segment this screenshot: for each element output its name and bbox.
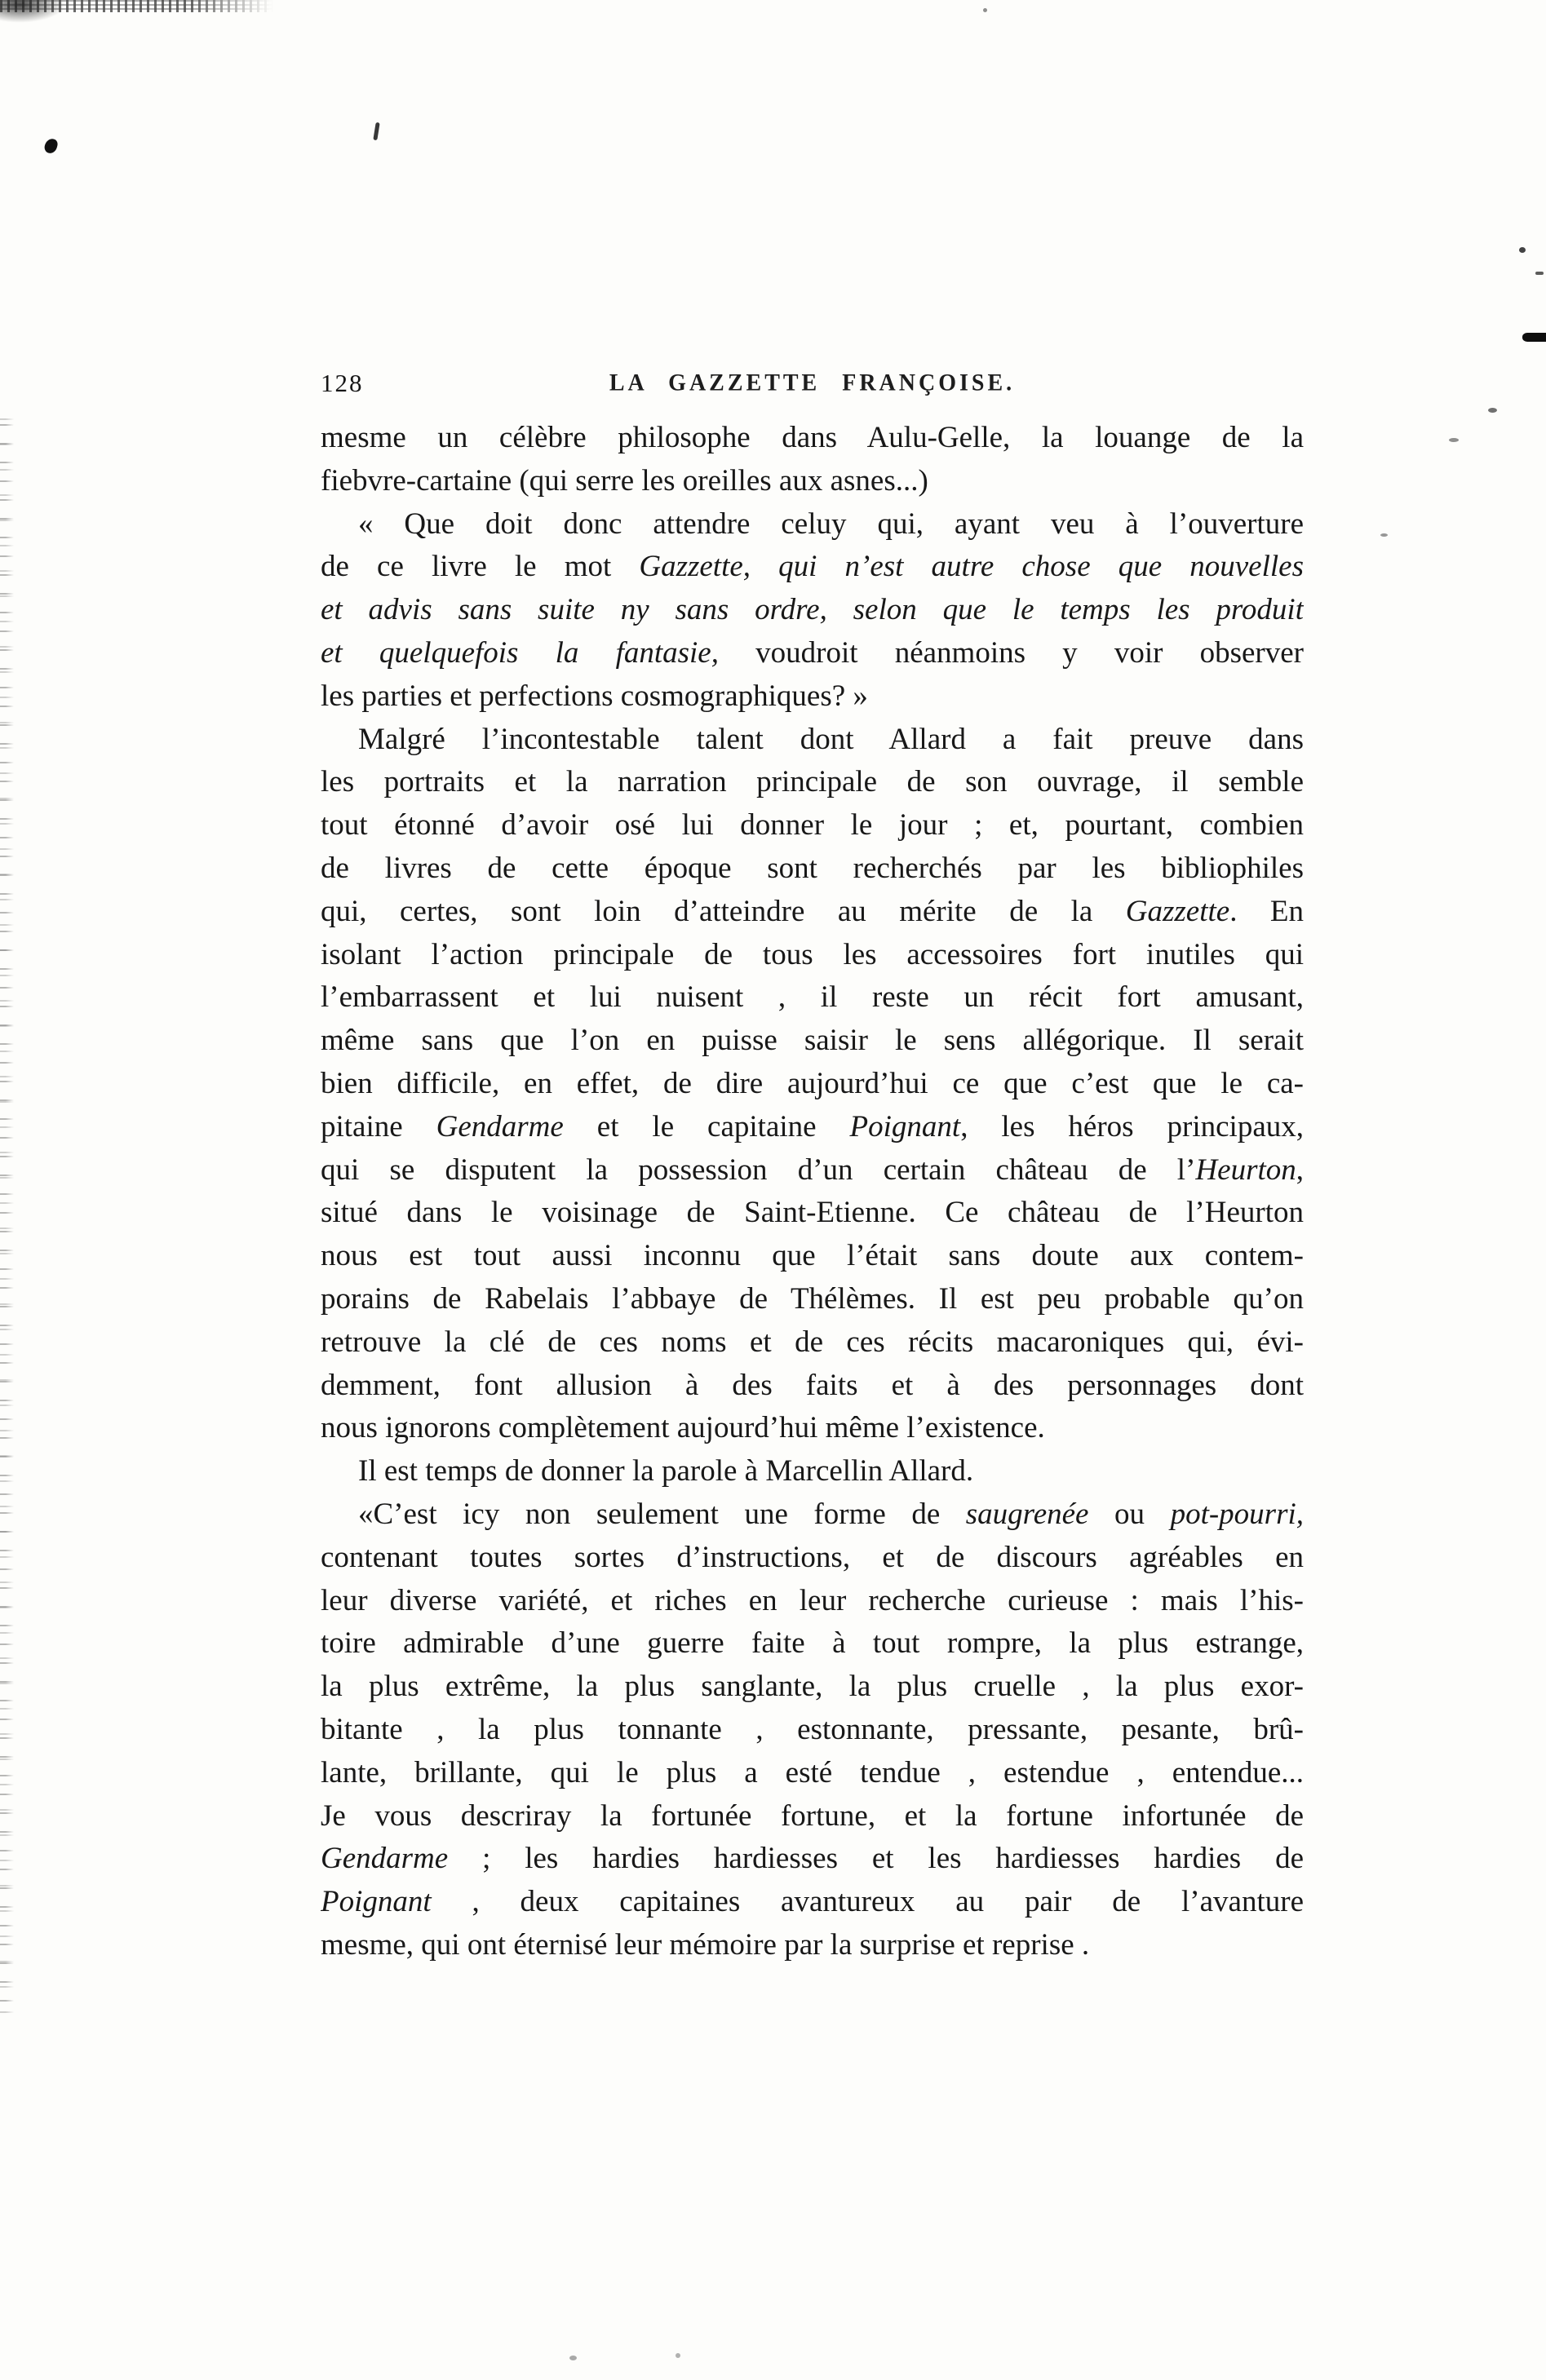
text-segment: voudroit néanmoins y voir observer xyxy=(719,636,1304,670)
text-line: retrouve la clé de ces noms et de ces ré… xyxy=(321,1321,1304,1365)
scan-artifact-speck xyxy=(1488,408,1497,413)
text-segment: nous ignorons complètement aujourd’hui m… xyxy=(321,1411,1045,1444)
text-line: de ce livre le mot Gazzette, qui n’est a… xyxy=(321,546,1304,589)
text-line: nous ignorons complètement aujourd’hui m… xyxy=(321,1407,1304,1450)
text-segment-italic: Poignant xyxy=(321,1885,432,1918)
text-segment: tout étonné d’avoir osé lui donner le jo… xyxy=(321,808,1304,842)
text-line: contenant toutes sortes d’instructions, … xyxy=(321,1537,1304,1580)
scan-artifact-speck xyxy=(983,8,987,12)
page-body: mesme un célèbre philosophe dans Aulu-Ge… xyxy=(321,417,1304,1967)
text-segment: demment, font allusion à des faits et à … xyxy=(321,1369,1304,1402)
text-segment: la plus extrême, la plus sanglante, la p… xyxy=(321,1670,1304,1703)
text-line: Gendarme ; les hardies hardiesses et les… xyxy=(321,1838,1304,1881)
scan-artifact-corner-smudge xyxy=(0,0,65,23)
text-line: « Que doit donc attendre celuy qui, ayan… xyxy=(321,503,1304,546)
text-line: pitaine Gendarme et le capitaine Poignan… xyxy=(321,1106,1304,1149)
text-segment: même sans que l’on en puisse saisir le s… xyxy=(321,1024,1304,1057)
text-segment-italic: pot-pourri, xyxy=(1171,1497,1304,1531)
text-line: tout étonné d’avoir osé lui donner le jo… xyxy=(321,804,1304,847)
text-line: nous est tout aussi inconnu que l’était … xyxy=(321,1235,1304,1278)
text-line: leur diverse variété, et riches en leur … xyxy=(321,1580,1304,1623)
text-line: l’embarrassent et lui nuisent , il reste… xyxy=(321,976,1304,1020)
text-line: la plus extrême, la plus sanglante, la p… xyxy=(321,1666,1304,1709)
running-title: LA GAZZETTE FRANÇOISE. xyxy=(321,369,1304,397)
text-segment-italic: Gazzette, qui n’est autre chose que nouv… xyxy=(639,550,1304,583)
text-segment: lante, brillante, qui le plus a esté ten… xyxy=(321,1756,1304,1789)
text-line: les parties et perfections cosmographiqu… xyxy=(321,675,1304,719)
scan-artifact-left-edge-noise xyxy=(0,414,14,2013)
text-segment: bitante , la plus tonnante , estonnante,… xyxy=(321,1713,1304,1746)
text-line: porains de Rabelais l’abbaye de Thélèmes… xyxy=(321,1278,1304,1321)
text-segment: isolant l’action principale de tous les … xyxy=(321,938,1304,971)
text-segment-italic: et advis sans suite ny sans ordre, selon… xyxy=(321,593,1304,626)
text-segment: , deux capitaines avantureux au pair de … xyxy=(432,1885,1304,1918)
text-line: «C’est icy non seulement une forme de sa… xyxy=(321,1493,1304,1537)
text-segment: . En xyxy=(1229,895,1304,928)
text-line: Il est temps de donner la parole à Marce… xyxy=(321,1450,1304,1493)
text-line: mesme, qui ont éternisé leur mémoire par… xyxy=(321,1924,1304,1967)
text-line: Je vous descriray la fortunée fortune, e… xyxy=(321,1795,1304,1838)
text-segment: Il est temps de donner la parole à Marce… xyxy=(358,1454,973,1488)
text-line: bien difficile, en effet, de dire aujour… xyxy=(321,1063,1304,1106)
text-segment: de livres de cette époque sont recherché… xyxy=(321,852,1304,885)
text-segment: « Que doit donc attendre celuy qui, ayan… xyxy=(358,507,1304,541)
text-segment-italic: Poignant xyxy=(850,1110,961,1144)
text-segment: et le capitaine xyxy=(564,1110,850,1144)
text-line: et advis sans suite ny sans ordre, selon… xyxy=(321,589,1304,632)
scan-artifact-speck xyxy=(676,2353,680,2358)
text-segment: ou xyxy=(1088,1497,1170,1531)
text-segment: qui, certes, sont loin d’atteindre au mé… xyxy=(321,895,1126,928)
text-segment-italic: et quelquefois la fantasie, xyxy=(321,636,719,670)
text-segment: situé dans le voisinage de Saint-Etienne… xyxy=(321,1196,1304,1229)
text-line: toire admirable d’une guerre faite à tou… xyxy=(321,1622,1304,1666)
text-line: demment, font allusion à des faits et à … xyxy=(321,1365,1304,1408)
text-segment-italic: Gendarme xyxy=(321,1842,448,1875)
text-line: qui se disputent la possession d’un cert… xyxy=(321,1149,1304,1192)
scan-artifact-speck xyxy=(43,137,59,154)
text-segment-italic: Gendarme xyxy=(436,1110,564,1144)
text-segment-italic: Gazzette xyxy=(1126,895,1229,928)
text-segment: Malgré l’incontestable talent dont Allar… xyxy=(358,723,1304,756)
text-segment: ; les hardies hardiesses et les hardiess… xyxy=(448,1842,1304,1875)
text-segment: , xyxy=(1296,1153,1304,1187)
text-line: bitante , la plus tonnante , estonnante,… xyxy=(321,1709,1304,1752)
text-segment-italic: Heurton xyxy=(1195,1153,1296,1187)
page-header: 128 LA GAZZETTE FRANÇOISE. xyxy=(321,367,1304,400)
text-segment: contenant toutes sortes d’instructions, … xyxy=(321,1541,1304,1574)
text-line: de livres de cette époque sont recherché… xyxy=(321,847,1304,891)
scan-artifact-speck xyxy=(1449,438,1459,442)
text-line: qui, certes, sont loin d’atteindre au mé… xyxy=(321,891,1304,934)
text-line: mesme un célèbre philosophe dans Aulu-Ge… xyxy=(321,417,1304,460)
scan-artifact-speck xyxy=(1522,333,1546,342)
text-line: Poignant , deux capitaines avantureux au… xyxy=(321,1881,1304,1924)
scan-artifact-speck xyxy=(1519,247,1526,253)
scan-artifact-speck xyxy=(373,122,379,141)
scan-artifact-speck xyxy=(569,2356,577,2360)
text-segment: «C’est icy non seulement une forme de xyxy=(358,1497,966,1531)
text-line: fiebvre-cartaine (qui serre les oreilles… xyxy=(321,460,1304,503)
text-segment: les portraits et la narration principale… xyxy=(321,765,1304,798)
text-segment: mesme, qui ont éternisé leur mémoire par… xyxy=(321,1928,1089,1962)
text-segment: de ce livre le mot xyxy=(321,550,639,583)
text-segment: bien difficile, en effet, de dire aujour… xyxy=(321,1067,1304,1100)
text-segment: Je vous descriray la fortunée fortune, e… xyxy=(321,1799,1304,1833)
scan-artifact-top-noise xyxy=(0,0,273,12)
text-line: et quelquefois la fantasie, voudroit néa… xyxy=(321,632,1304,675)
text-segment: porains de Rabelais l’abbaye de Thélèmes… xyxy=(321,1282,1304,1316)
text-segment: retrouve la clé de ces noms et de ces ré… xyxy=(321,1325,1304,1359)
text-segment-italic: saugrenée xyxy=(966,1497,1089,1531)
text-segment: l’embarrassent et lui nuisent , il reste… xyxy=(321,980,1304,1014)
text-segment: fiebvre-cartaine (qui serre les oreilles… xyxy=(321,464,928,498)
scanned-book-page: { "colors": { "paper": "#fdfdfb", "ink":… xyxy=(0,0,1546,2380)
text-segment: , les héros principaux, xyxy=(960,1110,1304,1144)
text-segment: toire admirable d’une guerre faite à tou… xyxy=(321,1626,1304,1660)
text-segment: leur diverse variété, et riches en leur … xyxy=(321,1584,1304,1617)
text-segment: nous est tout aussi inconnu que l’était … xyxy=(321,1239,1304,1272)
text-line: situé dans le voisinage de Saint-Etienne… xyxy=(321,1192,1304,1235)
text-line: Malgré l’incontestable talent dont Allar… xyxy=(321,719,1304,762)
text-segment: qui se disputent la possession d’un cert… xyxy=(321,1153,1195,1187)
text-segment: pitaine xyxy=(321,1110,436,1144)
text-line: lante, brillante, qui le plus a esté ten… xyxy=(321,1752,1304,1795)
text-line: même sans que l’on en puisse saisir le s… xyxy=(321,1020,1304,1063)
text-segment: mesme un célèbre philosophe dans Aulu-Ge… xyxy=(321,421,1304,454)
text-line: les portraits et la narration principale… xyxy=(321,761,1304,804)
scan-artifact-speck xyxy=(1380,533,1388,537)
text-segment: les parties et perfections cosmographiqu… xyxy=(321,679,868,713)
scan-artifact-speck xyxy=(1535,272,1544,275)
text-line: isolant l’action principale de tous les … xyxy=(321,934,1304,977)
